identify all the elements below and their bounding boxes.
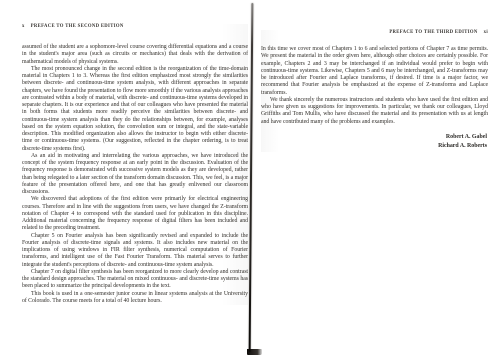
paragraph: We thank sincerely the numerous instruct…: [261, 97, 488, 126]
left-page-number: x: [22, 24, 25, 29]
paragraph: We discovered that adoptions of the firs…: [22, 196, 248, 232]
author-signature: Richard A. Roberts: [261, 142, 487, 152]
paragraph: As an aid in motivating and interrelatin…: [22, 153, 248, 197]
right-page-number: xi: [484, 30, 488, 35]
right-page: PREFACE TO THE THIRD EDITIONxi In this t…: [261, 30, 488, 152]
paragraph: Chapter 7 on digital filter synthesis ha…: [22, 269, 248, 291]
book-spine-shadow-foot: [247, 349, 262, 355]
book-scan-photo: xPREFACE TO THE SECOND EDITION assumed o…: [0, 0, 500, 363]
right-page-text: In this time we cover most of Chapters 1…: [261, 46, 488, 126]
right-running-head: PREFACE TO THE THIRD EDITIONxi: [261, 30, 488, 35]
paragraph: The most pronounced change in the second…: [22, 66, 248, 153]
left-running-head: xPREFACE TO THE SECOND EDITION: [22, 24, 248, 29]
paragraph: In this time we cover most of Chapters 1…: [261, 46, 488, 97]
paragraph: This book is used in a one-semester juni…: [22, 291, 248, 306]
right-running-head-title: PREFACE TO THE THIRD EDITION: [389, 30, 477, 35]
author-signature: Robert A. Gabel: [261, 133, 487, 143]
left-page-text: assumed of the student are a sophomore-l…: [22, 44, 248, 305]
author-signatures: Robert A. Gabel Richard A. Roberts: [261, 133, 488, 152]
paragraph: assumed of the student are a sophomore-l…: [22, 44, 248, 66]
left-page: xPREFACE TO THE SECOND EDITION assumed o…: [22, 24, 248, 305]
book-spine-shadow: [249, 3, 254, 352]
left-running-head-title: PREFACE TO THE SECOND EDITION: [31, 24, 124, 29]
paragraph: Chapter 5 on Fourier analysis has been s…: [22, 233, 248, 269]
